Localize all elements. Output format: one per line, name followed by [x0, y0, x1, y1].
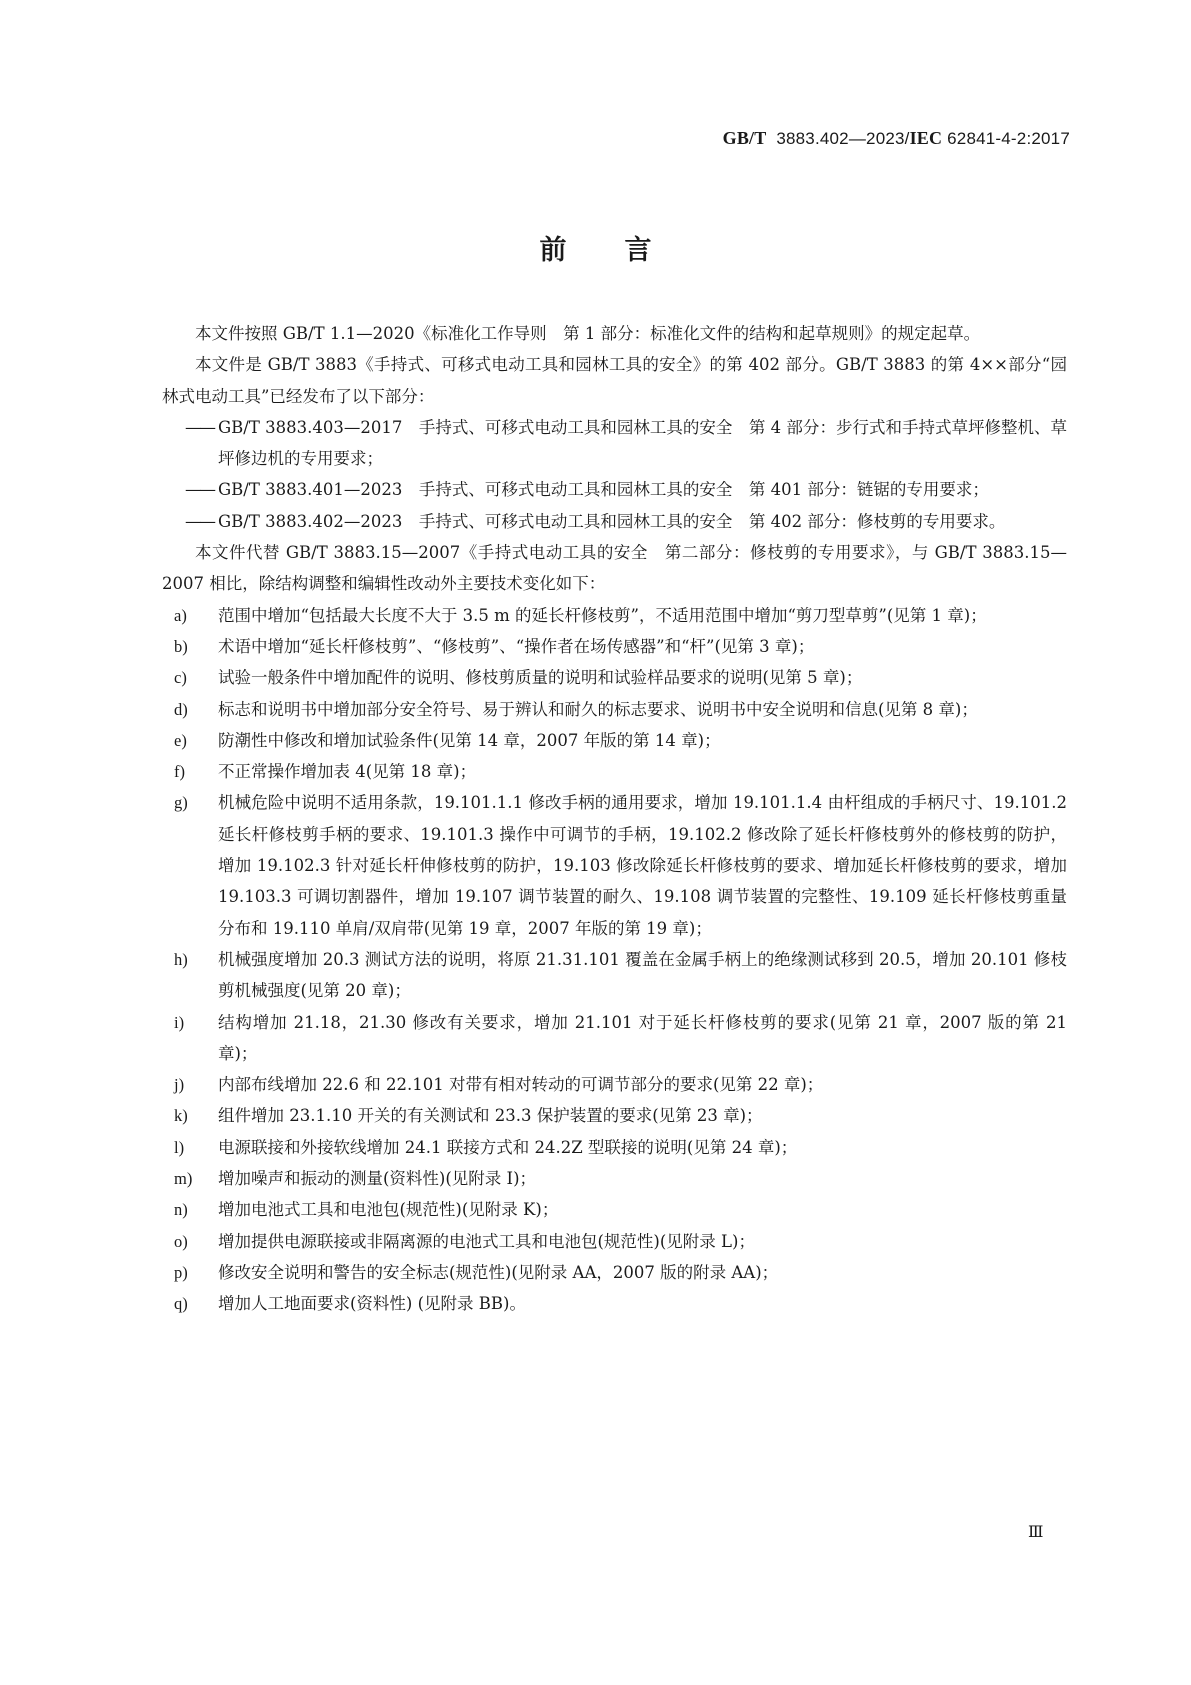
change-item-f: f)不正常操作增加表 4(见第 18 章)；	[162, 756, 1067, 787]
change-item-n: n)增加电池式工具和电池包(规范性)(见附录 K)；	[162, 1194, 1067, 1225]
standard-prefix: GB/T	[723, 128, 767, 148]
published-part-text: GB/T 3883.403—2017 手持式、可移式电动工具和园林工具的安全 第…	[218, 418, 1067, 468]
standard-designation-header: GB/T 3883.402—2023/IEC 62841-4-2:2017	[723, 128, 1070, 149]
change-text: 电源联接和外接软线增加 24.1 联接方式和 24.2Z 型联接的说明(见第 2…	[218, 1138, 797, 1157]
change-item-a: a)范围中增加“包括最大长度不大于 3.5 m 的延长杆修枝剪”，不适用范围中增…	[162, 600, 1067, 631]
technical-changes-list: a)范围中增加“包括最大长度不大于 3.5 m 的延长杆修枝剪”，不适用范围中增…	[162, 600, 1067, 1320]
em-dash: ——	[185, 474, 218, 505]
list-marker: o)	[174, 1226, 188, 1257]
change-item-c: c)试验一般条件中增加配件的说明、修枝剪质量的说明和试验样品要求的说明(见第 5…	[162, 662, 1067, 693]
change-item-o: o)增加提供电源联接或非隔离源的电池式工具和电池包(规范性)(见附录 L)；	[162, 1226, 1067, 1257]
change-text: 内部布线增加 22.6 和 22.101 对带有相对转动的可调节部分的要求(见第…	[218, 1075, 823, 1094]
change-text: 机械危险中说明不适用条款，19.101.1.1 修改手柄的通用要求，增加 19.…	[218, 793, 1067, 937]
change-text: 组件增加 23.1.10 开关的有关测试和 23.3 保护装置的要求(见第 23…	[218, 1106, 763, 1125]
list-marker: e)	[174, 725, 187, 756]
published-part-item: ——GB/T 3883.402—2023 手持式、可移式电动工具和园林工具的安全…	[162, 506, 1067, 537]
published-part-item: ——GB/T 3883.403—2017 手持式、可移式电动工具和园林工具的安全…	[162, 412, 1067, 475]
change-text: 术语中增加“延长杆修枝剪”、“修枝剪”、“操作者在场传感器”和“杆”(见第 3 …	[218, 637, 814, 656]
list-marker: d)	[174, 694, 188, 725]
change-text: 增加噪声和振动的测量(资料性)(见附录 I)；	[218, 1169, 536, 1188]
list-marker: p)	[174, 1257, 188, 1288]
list-marker: l)	[174, 1132, 184, 1163]
change-item-m: m)增加噪声和振动的测量(资料性)(见附录 I)；	[162, 1163, 1067, 1194]
change-text: 不正常操作增加表 4(见第 18 章)；	[218, 762, 476, 781]
change-item-d: d)标志和说明书中增加部分安全符号、易于辨认和耐久的标志要求、说明书中安全说明和…	[162, 694, 1067, 725]
change-text: 增加电池式工具和电池包(规范性)(见附录 K)；	[218, 1200, 558, 1219]
list-marker: j)	[174, 1069, 184, 1100]
paragraph-series-description: 本文件是 GB/T 3883《手持式、可移式电动工具和园林工具的安全》的第 40…	[162, 349, 1067, 412]
list-marker: c)	[174, 662, 187, 693]
standard-number: 3883.402—2023/	[776, 129, 909, 148]
list-marker: b)	[174, 631, 188, 662]
change-item-e: e)防潮性中修改和增加试验条件(见第 14 章，2007 年版的第 14 章)；	[162, 725, 1067, 756]
change-text: 增加人工地面要求(资料性) (见附录 BB)。	[218, 1294, 526, 1313]
change-text: 修改安全说明和警告的安全标志(规范性)(见附录 AA，2007 版的附录 AA)…	[218, 1263, 778, 1282]
foreword-body: 本文件按照 GB/T 1.1—2020《标准化工作导则 第 1 部分：标准化文件…	[162, 318, 1067, 1320]
change-text: 机械强度增加 20.3 测试方法的说明，将原 21.31.101 覆盖在金属手柄…	[218, 950, 1067, 1000]
page-number: Ⅲ	[1028, 1522, 1043, 1542]
published-parts-list: ——GB/T 3883.403—2017 手持式、可移式电动工具和园林工具的安全…	[162, 412, 1067, 537]
em-dash: ——	[185, 412, 218, 443]
change-item-h: h)机械强度增加 20.3 测试方法的说明，将原 21.31.101 覆盖在金属…	[162, 944, 1067, 1007]
published-part-text: GB/T 3883.401—2023 手持式、可移式电动工具和园林工具的安全 第…	[218, 480, 989, 499]
list-marker: m)	[174, 1163, 192, 1194]
published-part-text: GB/T 3883.402—2023 手持式、可移式电动工具和园林工具的安全 第…	[218, 512, 1005, 531]
change-text: 试验一般条件中增加配件的说明、修枝剪质量的说明和试验样品要求的说明(见第 5 章…	[218, 668, 862, 687]
change-item-g: g)机械危险中说明不适用条款，19.101.1.1 修改手柄的通用要求，增加 1…	[162, 787, 1067, 943]
list-marker: f)	[174, 756, 185, 787]
published-part-item: ——GB/T 3883.401—2023 手持式、可移式电动工具和园林工具的安全…	[162, 474, 1067, 505]
list-marker: i)	[174, 1007, 184, 1038]
list-marker: h)	[174, 944, 188, 975]
list-marker: g)	[174, 787, 188, 818]
title-char-1: 前	[540, 228, 567, 267]
em-dash: ——	[185, 506, 218, 537]
list-marker: n)	[174, 1194, 188, 1225]
change-item-q: q)增加人工地面要求(资料性) (见附录 BB)。	[162, 1288, 1067, 1319]
iec-prefix: IEC	[910, 128, 943, 148]
change-item-i: i)结构增加 21.18，21.30 修改有关要求，增加 21.101 对于延长…	[162, 1007, 1067, 1070]
paragraph-drafting-rules: 本文件按照 GB/T 1.1—2020《标准化工作导则 第 1 部分：标准化文件…	[162, 318, 1067, 349]
list-marker: k)	[174, 1100, 188, 1131]
paragraph-replacement-note: 本文件代替 GB/T 3883.15—2007《手持式电动工具的安全 第二部分：…	[162, 537, 1067, 600]
list-marker: q)	[174, 1288, 188, 1319]
title-char-2: 言	[625, 228, 652, 267]
change-text: 防潮性中修改和增加试验条件(见第 14 章，2007 年版的第 14 章)；	[218, 731, 721, 750]
change-item-k: k)组件增加 23.1.10 开关的有关测试和 23.3 保护装置的要求(见第 …	[162, 1100, 1067, 1131]
change-text: 增加提供电源联接或非隔离源的电池式工具和电池包(规范性)(见附录 L)；	[218, 1232, 755, 1251]
change-item-b: b)术语中增加“延长杆修枝剪”、“修枝剪”、“操作者在场传感器”和“杆”(见第 …	[162, 631, 1067, 662]
change-item-p: p)修改安全说明和警告的安全标志(规范性)(见附录 AA，2007 版的附录 A…	[162, 1257, 1067, 1288]
change-item-l: l)电源联接和外接软线增加 24.1 联接方式和 24.2Z 型联接的说明(见第…	[162, 1132, 1067, 1163]
iec-number: 62841-4-2:2017	[947, 129, 1070, 148]
change-text: 标志和说明书中增加部分安全符号、易于辨认和耐久的标志要求、说明书中安全说明和信息…	[218, 700, 978, 719]
change-text: 结构增加 21.18，21.30 修改有关要求，增加 21.101 对于延长杆修…	[218, 1013, 1067, 1063]
change-item-j: j)内部布线增加 22.6 和 22.101 对带有相对转动的可调节部分的要求(…	[162, 1069, 1067, 1100]
page-title: 前言	[0, 228, 1191, 267]
change-text: 范围中增加“包括最大长度不大于 3.5 m 的延长杆修枝剪”，不适用范围中增加“…	[218, 606, 987, 625]
list-marker: a)	[174, 600, 187, 631]
